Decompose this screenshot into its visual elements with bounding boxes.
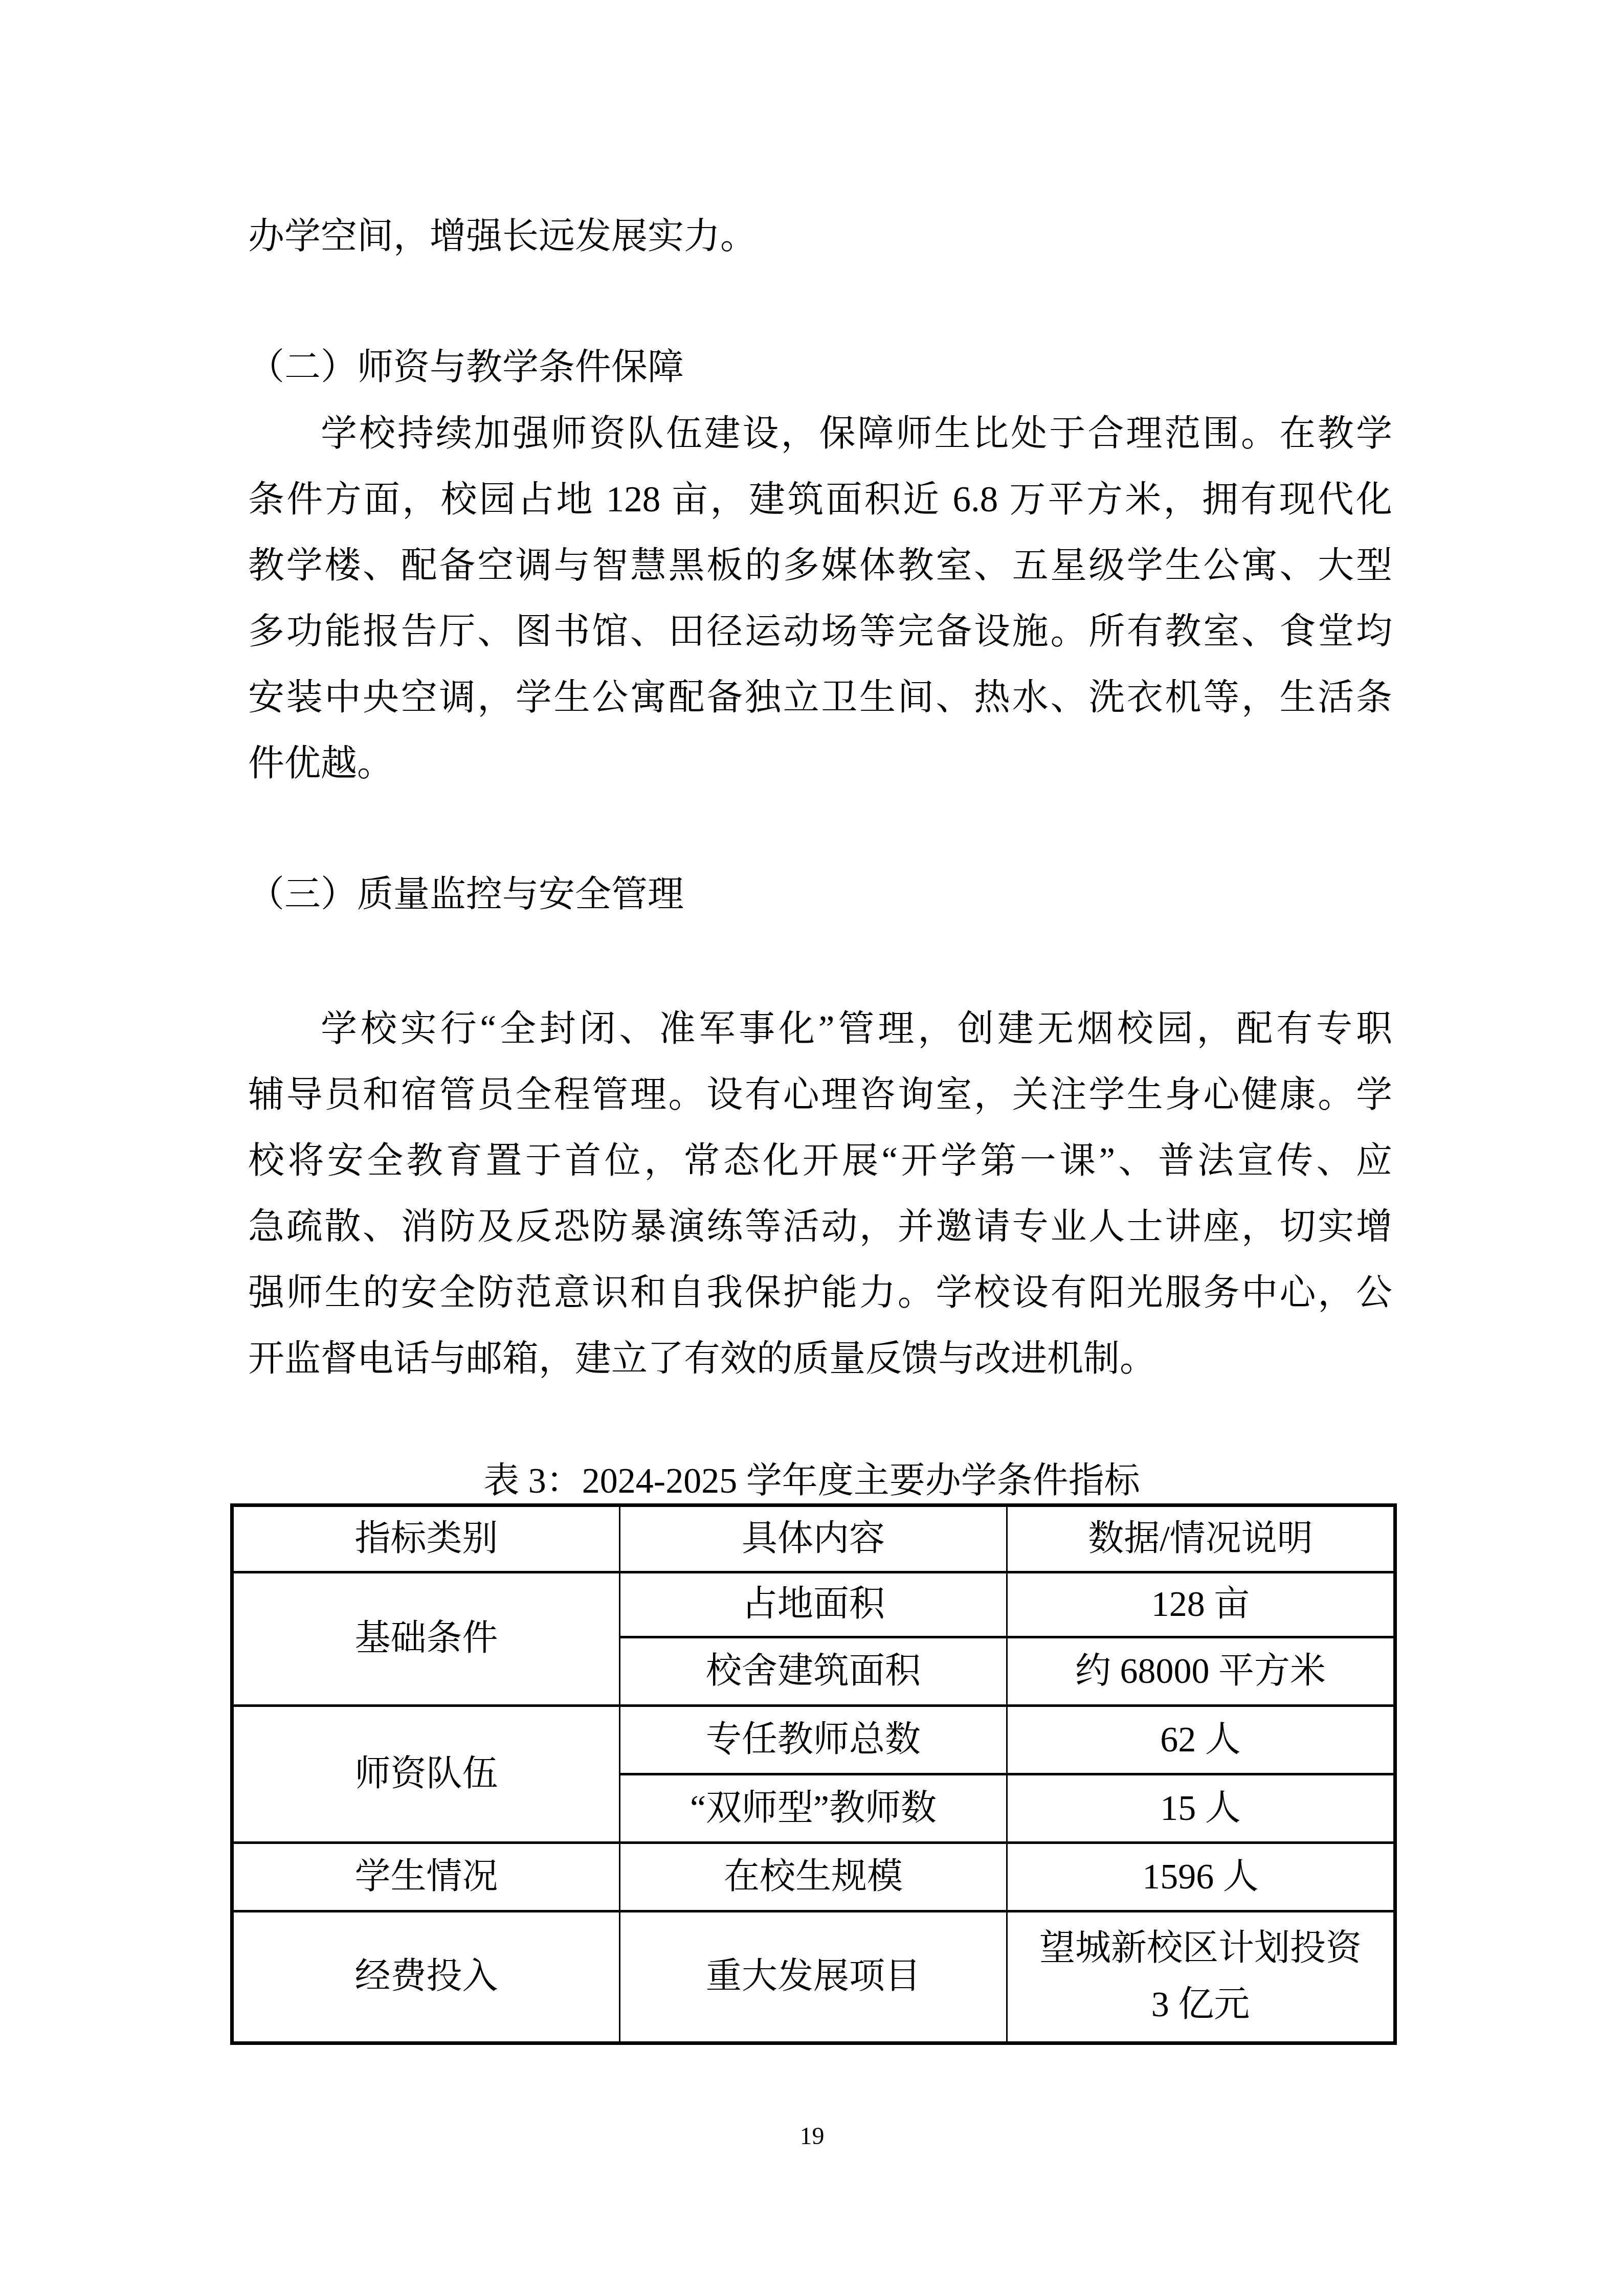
value-cell: 15 人 [1007, 1774, 1395, 1843]
value-cell: 约 68000 平方米 [1007, 1637, 1395, 1706]
table-row: 学生情况 在校生规模 1596 人 [232, 1843, 1395, 1911]
section-heading-2: （二）师资与教学条件保障 [248, 334, 1392, 400]
value-line: 望城新校区计划投资 [1008, 1921, 1393, 1977]
value-cell: 望城新校区计划投资 3 亿元 [1007, 1911, 1395, 2043]
paragraph-continuation: 办学空间，增强长远发展实力。 [248, 204, 1392, 269]
table-header-row: 指标类别 具体内容 数据/情况说明 [232, 1505, 1395, 1572]
item-cell: 占地面积 [620, 1572, 1007, 1637]
value-cell: 128 亩 [1007, 1572, 1395, 1637]
paragraph-line: 办学空间，增强长远发展实力。 [248, 204, 1392, 269]
paragraph-line: 校将安全教育置于首位，常态化开展“开学第一课”、普法宣传、应 [248, 1128, 1392, 1194]
conditions-table: 指标类别 具体内容 数据/情况说明 基础条件 占地面积 128 亩 校舍建筑面积… [230, 1503, 1397, 2045]
item-cell: 重大发展项目 [620, 1911, 1007, 2043]
document-page: 办学空间，增强长远发展实力。 （二）师资与教学条件保障 学校持续加强师资队伍建设… [0, 0, 1624, 2296]
paragraph-line: 急疏散、消防及反恐防暴演练等活动，并邀请专业人士讲座，切实增 [248, 1194, 1392, 1260]
category-cell-teachers: 师资队伍 [232, 1706, 620, 1843]
page-number: 19 [0, 2122, 1624, 2151]
category-cell-funding: 经费投入 [232, 1911, 620, 2043]
header-cell-category: 指标类别 [232, 1505, 620, 1572]
paragraph-teaching-conditions: 学校持续加强师资队伍建设，保障师生比处于合理范围。在教学 条件方面，校园占地 1… [248, 401, 1392, 797]
paragraph-line: 学校实行“全封闭、准军事化”管理，创建无烟校园，配有专职 [248, 996, 1392, 1062]
paragraph-line: 安装中央空调，学生公寓配备独立卫生间、热水、洗衣机等，生活条 [248, 665, 1392, 731]
paragraph-line: 条件方面，校园占地 128 亩，建筑面积近 6.8 万平方米，拥有现代化 [248, 467, 1392, 533]
item-cell: 专任教师总数 [620, 1706, 1007, 1774]
paragraph-line: 多功能报告厅、图书馆、田径运动场等完备设施。所有教室、食堂均 [248, 599, 1392, 665]
item-cell: “双师型”教师数 [620, 1774, 1007, 1843]
paragraph-safety-management: 学校实行“全封闭、准军事化”管理，创建无烟校园，配有专职 辅导员和宿管员全程管理… [248, 996, 1392, 1392]
paragraph-line: 教学楼、配备空调与智慧黑板的多媒体教室、五星级学生公寓、大型 [248, 533, 1392, 599]
category-cell-students: 学生情况 [232, 1843, 620, 1911]
paragraph-line: 学校持续加强师资队伍建设，保障师生比处于合理范围。在教学 [248, 401, 1392, 467]
value-line: 3 亿元 [1008, 1977, 1393, 2033]
category-cell-basic: 基础条件 [232, 1572, 620, 1706]
item-cell: 校舍建筑面积 [620, 1637, 1007, 1706]
paragraph-line: 开监督电话与邮箱，建立了有效的质量反馈与改进机制。 [248, 1326, 1392, 1392]
table-row: 师资队伍 专任教师总数 62 人 [232, 1706, 1395, 1774]
header-cell-item: 具体内容 [620, 1505, 1007, 1572]
header-cell-value: 数据/情况说明 [1007, 1505, 1395, 1572]
value-cell: 62 人 [1007, 1706, 1395, 1774]
paragraph-line: 强师生的安全防范意识和自我保护能力。学校设有阳光服务中心，公 [248, 1260, 1392, 1326]
table-row: 经费投入 重大发展项目 望城新校区计划投资 3 亿元 [232, 1911, 1395, 2043]
paragraph-line: 件优越。 [248, 731, 1392, 797]
item-cell: 在校生规模 [620, 1843, 1007, 1911]
section-heading-3: （三）质量监控与安全管理 [248, 862, 1392, 928]
table-row: 基础条件 占地面积 128 亩 [232, 1572, 1395, 1637]
paragraph-line: 辅导员和宿管员全程管理。设有心理咨询室，关注学生身心健康。学 [248, 1062, 1392, 1128]
value-cell: 1596 人 [1007, 1843, 1395, 1911]
